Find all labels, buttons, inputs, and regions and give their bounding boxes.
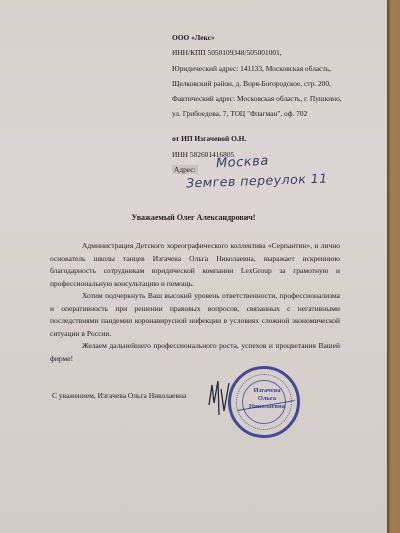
recipient-actual-address-2: ул. Грибоедова, 7, ТОЦ "Флагман", оф. 70… — [172, 106, 382, 121]
recipient-block: ООО «Лекс» ИНН/КПП 5050109348/505001001,… — [172, 30, 382, 122]
letter-paper: ООО «Лекс» ИНН/КПП 5050109348/505001001,… — [0, 0, 387, 533]
recipient-company: ООО «Лекс» — [172, 30, 382, 45]
recipient-legal-address-1: Юридический адрес: 141133, Московская об… — [172, 61, 382, 76]
letter-paragraph-2: Хотим подчеркнуть Ваш высокий уровень от… — [50, 290, 340, 340]
handwritten-city: Москва — [216, 154, 270, 172]
recipient-inn-kpp: ИНН/КПП 5050109348/505001001, — [172, 45, 382, 60]
sender-address-label: Адрес: — [172, 165, 198, 174]
sender-from: от ИП Изгачевой О.Н. — [172, 131, 382, 147]
letter-closing: С уважением, Изгачева Ольга Николаевна — [52, 391, 186, 400]
sender-inn: ИНН 582601416805 — [172, 147, 382, 163]
recipient-actual-address-1: Фактический адрес: Московская область, г… — [172, 91, 382, 106]
letter-paragraph-1: Администрация Детского хореографического… — [50, 240, 340, 290]
stamp-line-1: Изгачева — [241, 387, 293, 395]
recipient-legal-address-2: Щелковский район, д. Воря-Богородское, с… — [172, 76, 382, 91]
official-stamp-icon: Изгачева Ольга Николаевна — [228, 366, 300, 438]
wooden-table-surface — [386, 0, 400, 533]
sender-block: от ИП Изгачевой О.Н. ИНН 582601416805 Ад… — [172, 131, 382, 178]
letter-greeting: Уважаемый Олег Александрович! — [0, 213, 387, 222]
letter-paragraph-3: Желаем дальнейшего профессионального рос… — [50, 340, 340, 365]
